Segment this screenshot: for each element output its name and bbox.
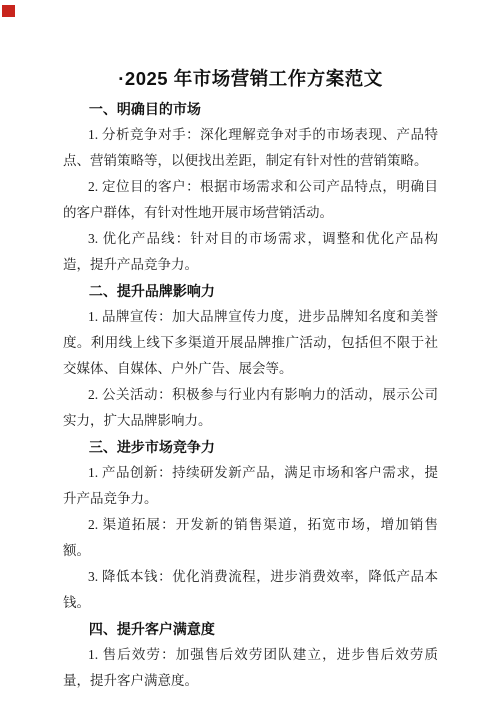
paragraph: 1. 分析竞争对手：深化理解竞争对手的市场表现、产品特点、营销策略等，以便找出差… xyxy=(63,122,438,174)
document-page: ·2025 年市场营销工作方案范文 一、明确目的市场 1. 分析竞争对手：深化理… xyxy=(0,0,500,707)
paragraph: 2. 公关活动：积极参与行业内有影响力的活动，展示公司实力，扩大品牌影响力。 xyxy=(63,382,438,434)
red-corner-marker xyxy=(2,5,15,17)
section-heading-3: 三、进步市场竞争力 xyxy=(63,434,438,460)
paragraph: 1. 售后效劳：加强售后效劳团队建立，进步售后效劳质量，提升客户满意度。 xyxy=(63,642,438,694)
document-title: ·2025 年市场营销工作方案范文 xyxy=(63,66,438,92)
paragraph: 3. 优化产品线：针对目的市场需求，调整和优化产品构造，提升产品竞争力。 xyxy=(63,226,438,278)
paragraph: 1. 品牌宣传：加大品牌宣传力度，进步品牌知名度和美誉度。利用线上线下多渠道开展… xyxy=(63,304,438,382)
section-heading-1: 一、明确目的市场 xyxy=(63,96,438,122)
paragraph: 2. 渠道拓展：开发新的销售渠道，拓宽市场，增加销售额。 xyxy=(63,512,438,564)
paragraph: 2. 定位目的客户：根据市场需求和公司产品特点，明确目的客户群体，有针对性地开展… xyxy=(63,174,438,226)
section-heading-4: 四、提升客户满意度 xyxy=(63,616,438,642)
paragraph: 3. 降低本钱：优化消费流程，进步消费效率，降低产品本钱。 xyxy=(63,564,438,616)
section-heading-2: 二、提升品牌影响力 xyxy=(63,278,438,304)
paragraph: 1. 产品创新：持续研发新产品，满足市场和客户需求，提升产品竞争力。 xyxy=(63,460,438,512)
